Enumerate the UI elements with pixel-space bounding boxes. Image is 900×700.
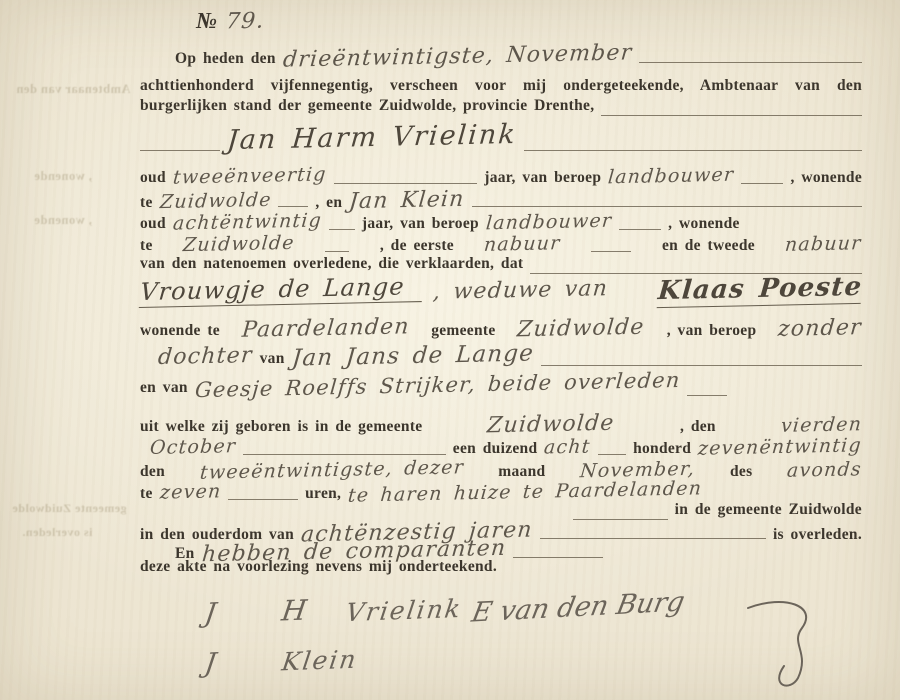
death-certificate-scan: Ambtenaar van den , wonende , wonende ge…: [0, 0, 900, 700]
declarant1-residence: Zuidwolde: [159, 189, 272, 213]
printed-van-beroep: , van beroep: [667, 322, 757, 340]
fill-rule: [639, 62, 862, 63]
declarant1-name: Jan Harm Vrielink: [226, 119, 518, 156]
printed-wonende: , wonende: [790, 169, 862, 187]
father-line: dochter van Jan Jans de Lange: [140, 343, 862, 371]
printed-den2: den: [140, 463, 165, 481]
declarant1-age: tweeënveertig: [172, 163, 327, 188]
fill-rule: [541, 365, 862, 366]
ghost-text: gemeente Zuidwolde: [12, 501, 127, 516]
printed-oud: oud: [140, 169, 166, 187]
opening-line-3: burgerlijken stand der gemeente Zuidwold…: [140, 97, 862, 121]
printed-wonende: , wonende: [668, 215, 740, 233]
printed-closing: deze akte na voorlezing nevens mij onder…: [140, 558, 497, 576]
printed-op-heden-den: Op heden den: [175, 50, 276, 68]
fill-rule: [243, 454, 446, 455]
fill-rule: [329, 229, 355, 230]
birth-gemeente: Zuidwolde: [486, 411, 616, 439]
printed-des: des: [730, 463, 752, 481]
fill-rule: [687, 395, 727, 396]
handwritten-weduwe-van: , weduwe van: [432, 276, 609, 305]
fill-rule: [472, 206, 862, 207]
fill-rule: [334, 183, 478, 184]
declarant1-name-line: Jan Harm Vrielink: [140, 122, 862, 156]
printed-jaar-van-beroep: jaar, van beroep: [484, 169, 601, 187]
birth-year-part1: acht: [543, 435, 591, 458]
printed-gemeente: gemeente: [431, 322, 495, 340]
declarant2-relation: nabuur: [785, 232, 863, 256]
fill-rule: [325, 251, 349, 252]
deceased-name-line: Vrouwgje de Lange , weduwe van Klaas Poe…: [140, 274, 862, 308]
printed-verklaring: van den natenoemen overledene, die verkl…: [140, 255, 523, 273]
declarant2-residence: Zuidwolde: [182, 232, 295, 256]
act-number-symbol: №: [196, 8, 217, 34]
mother-line: en van Geesje Roelffs Strijker, beide ov…: [140, 373, 862, 401]
deceased-residence-line: wonende te Paardelanden gemeente Zuidwol…: [140, 316, 862, 340]
printed-jaar-van-beroep: jaar, van beroep: [362, 215, 479, 233]
printed-wonende-te: wonende te: [140, 322, 220, 340]
act-number-value: 79.: [225, 9, 266, 35]
handwritten-dochter: dochter: [157, 343, 254, 370]
printed-en-van: en van: [140, 379, 188, 397]
fill-rule: [601, 115, 862, 116]
witness1-signature-name: Vrielink: [344, 594, 464, 627]
deceased-spouse-name: Klaas Poeste: [656, 272, 863, 308]
printed-een-duizend: een duizend: [453, 440, 538, 458]
birth-line-1: uit welke zij geboren is in de gemeente …: [140, 412, 862, 436]
father-name: Jan Jans de Lange: [291, 340, 535, 371]
fill-rule: [619, 229, 661, 230]
birth-year-part2: zevenëntwintig: [697, 434, 863, 459]
birth-month: October: [149, 435, 237, 459]
declarant1-relation: nabuur: [484, 232, 562, 256]
printed-uit-welke: uit welke zij geboren is in de gemeente: [140, 418, 422, 436]
printed-maand: maand: [498, 463, 545, 481]
deceased-name: Vrouwgje de Lange: [139, 272, 424, 308]
printed-te: te: [140, 237, 153, 255]
printed-de-eerste: , de eerste: [380, 237, 454, 255]
printed-in-de-gemeente: in de gemeente Zuidwolde: [675, 501, 862, 519]
handwritten-date: drieëntwintigste, November: [282, 40, 633, 72]
printed-van: van: [260, 350, 285, 368]
ghost-text: , wonende: [34, 213, 92, 228]
act-number-line: № 79.: [196, 8, 396, 40]
fill-rule: [598, 454, 626, 455]
birth-day: vierden: [780, 413, 863, 437]
declarant1-occupation: landbouwer: [607, 164, 735, 189]
death-daypart: avonds: [786, 458, 863, 482]
mother-name: Geesje Roelffs Strijker, beide overleden: [194, 368, 682, 402]
declarant2-age-line: oud achtëntwintig jaar, van beroep landb…: [140, 211, 862, 235]
death-day: tweeëntwintigste, dezer: [199, 456, 465, 484]
printed-den: , den: [680, 418, 716, 436]
witness2-signature-name: Klein: [280, 645, 360, 677]
printed-oud: oud: [140, 215, 166, 233]
witness2-signature-initial: J: [203, 648, 220, 680]
printed-opening-3: burgerlijken stand der gemeente Zuidwold…: [140, 97, 594, 115]
signature-flourish: [740, 600, 850, 690]
ghost-text: is overleden.: [22, 525, 93, 540]
ghost-text: Ambtenaar van den: [16, 82, 131, 97]
printed-honderd: honderd: [633, 440, 691, 458]
deceased-residence: Paardelanden: [241, 314, 411, 343]
registrar-signature: E van den Burg: [469, 586, 687, 628]
fill-rule: [524, 150, 862, 151]
birth-line-2: October een duizend acht honderd zevenën…: [140, 436, 862, 460]
deceased-occupation: zonder: [777, 315, 863, 342]
printed-en-de-tweede: en de tweede: [662, 237, 755, 255]
fill-rule: [228, 499, 298, 500]
opening-line-1: Op heden den drieëntwintigste, November: [140, 44, 862, 68]
declarant1-residence-line: te Zuidwolde , en Jan Klein: [140, 188, 862, 212]
witness1-signature-initial1: J: [203, 598, 220, 630]
fill-rule: [278, 206, 308, 207]
ghost-text: , wonende: [34, 169, 92, 184]
declarant2-residence-line: te Zuidwolde , de eerste nabuur en de tw…: [140, 233, 862, 257]
fill-rule: [140, 150, 220, 151]
printed-te: te: [140, 194, 153, 212]
deceased-gemeente: Zuidwolde: [516, 315, 646, 343]
fill-rule: [741, 183, 783, 184]
declarant2-age: achtëntwintig: [172, 209, 323, 234]
witness1-signature-initial2: H: [280, 593, 311, 627]
fill-rule: [591, 251, 631, 252]
closing-line: deze akte na voorlezing nevens mij onder…: [140, 558, 862, 582]
declarant2-occupation: landbouwer: [485, 210, 613, 235]
printed-opening-2: achttienhonderd vijfennegentig, verschee…: [140, 77, 862, 95]
declarant1-age-line: oud tweeënveertig jaar, van beroep landb…: [140, 165, 862, 189]
death-date-line: den tweeëntwintigste, dezer maand Novemb…: [140, 459, 862, 483]
